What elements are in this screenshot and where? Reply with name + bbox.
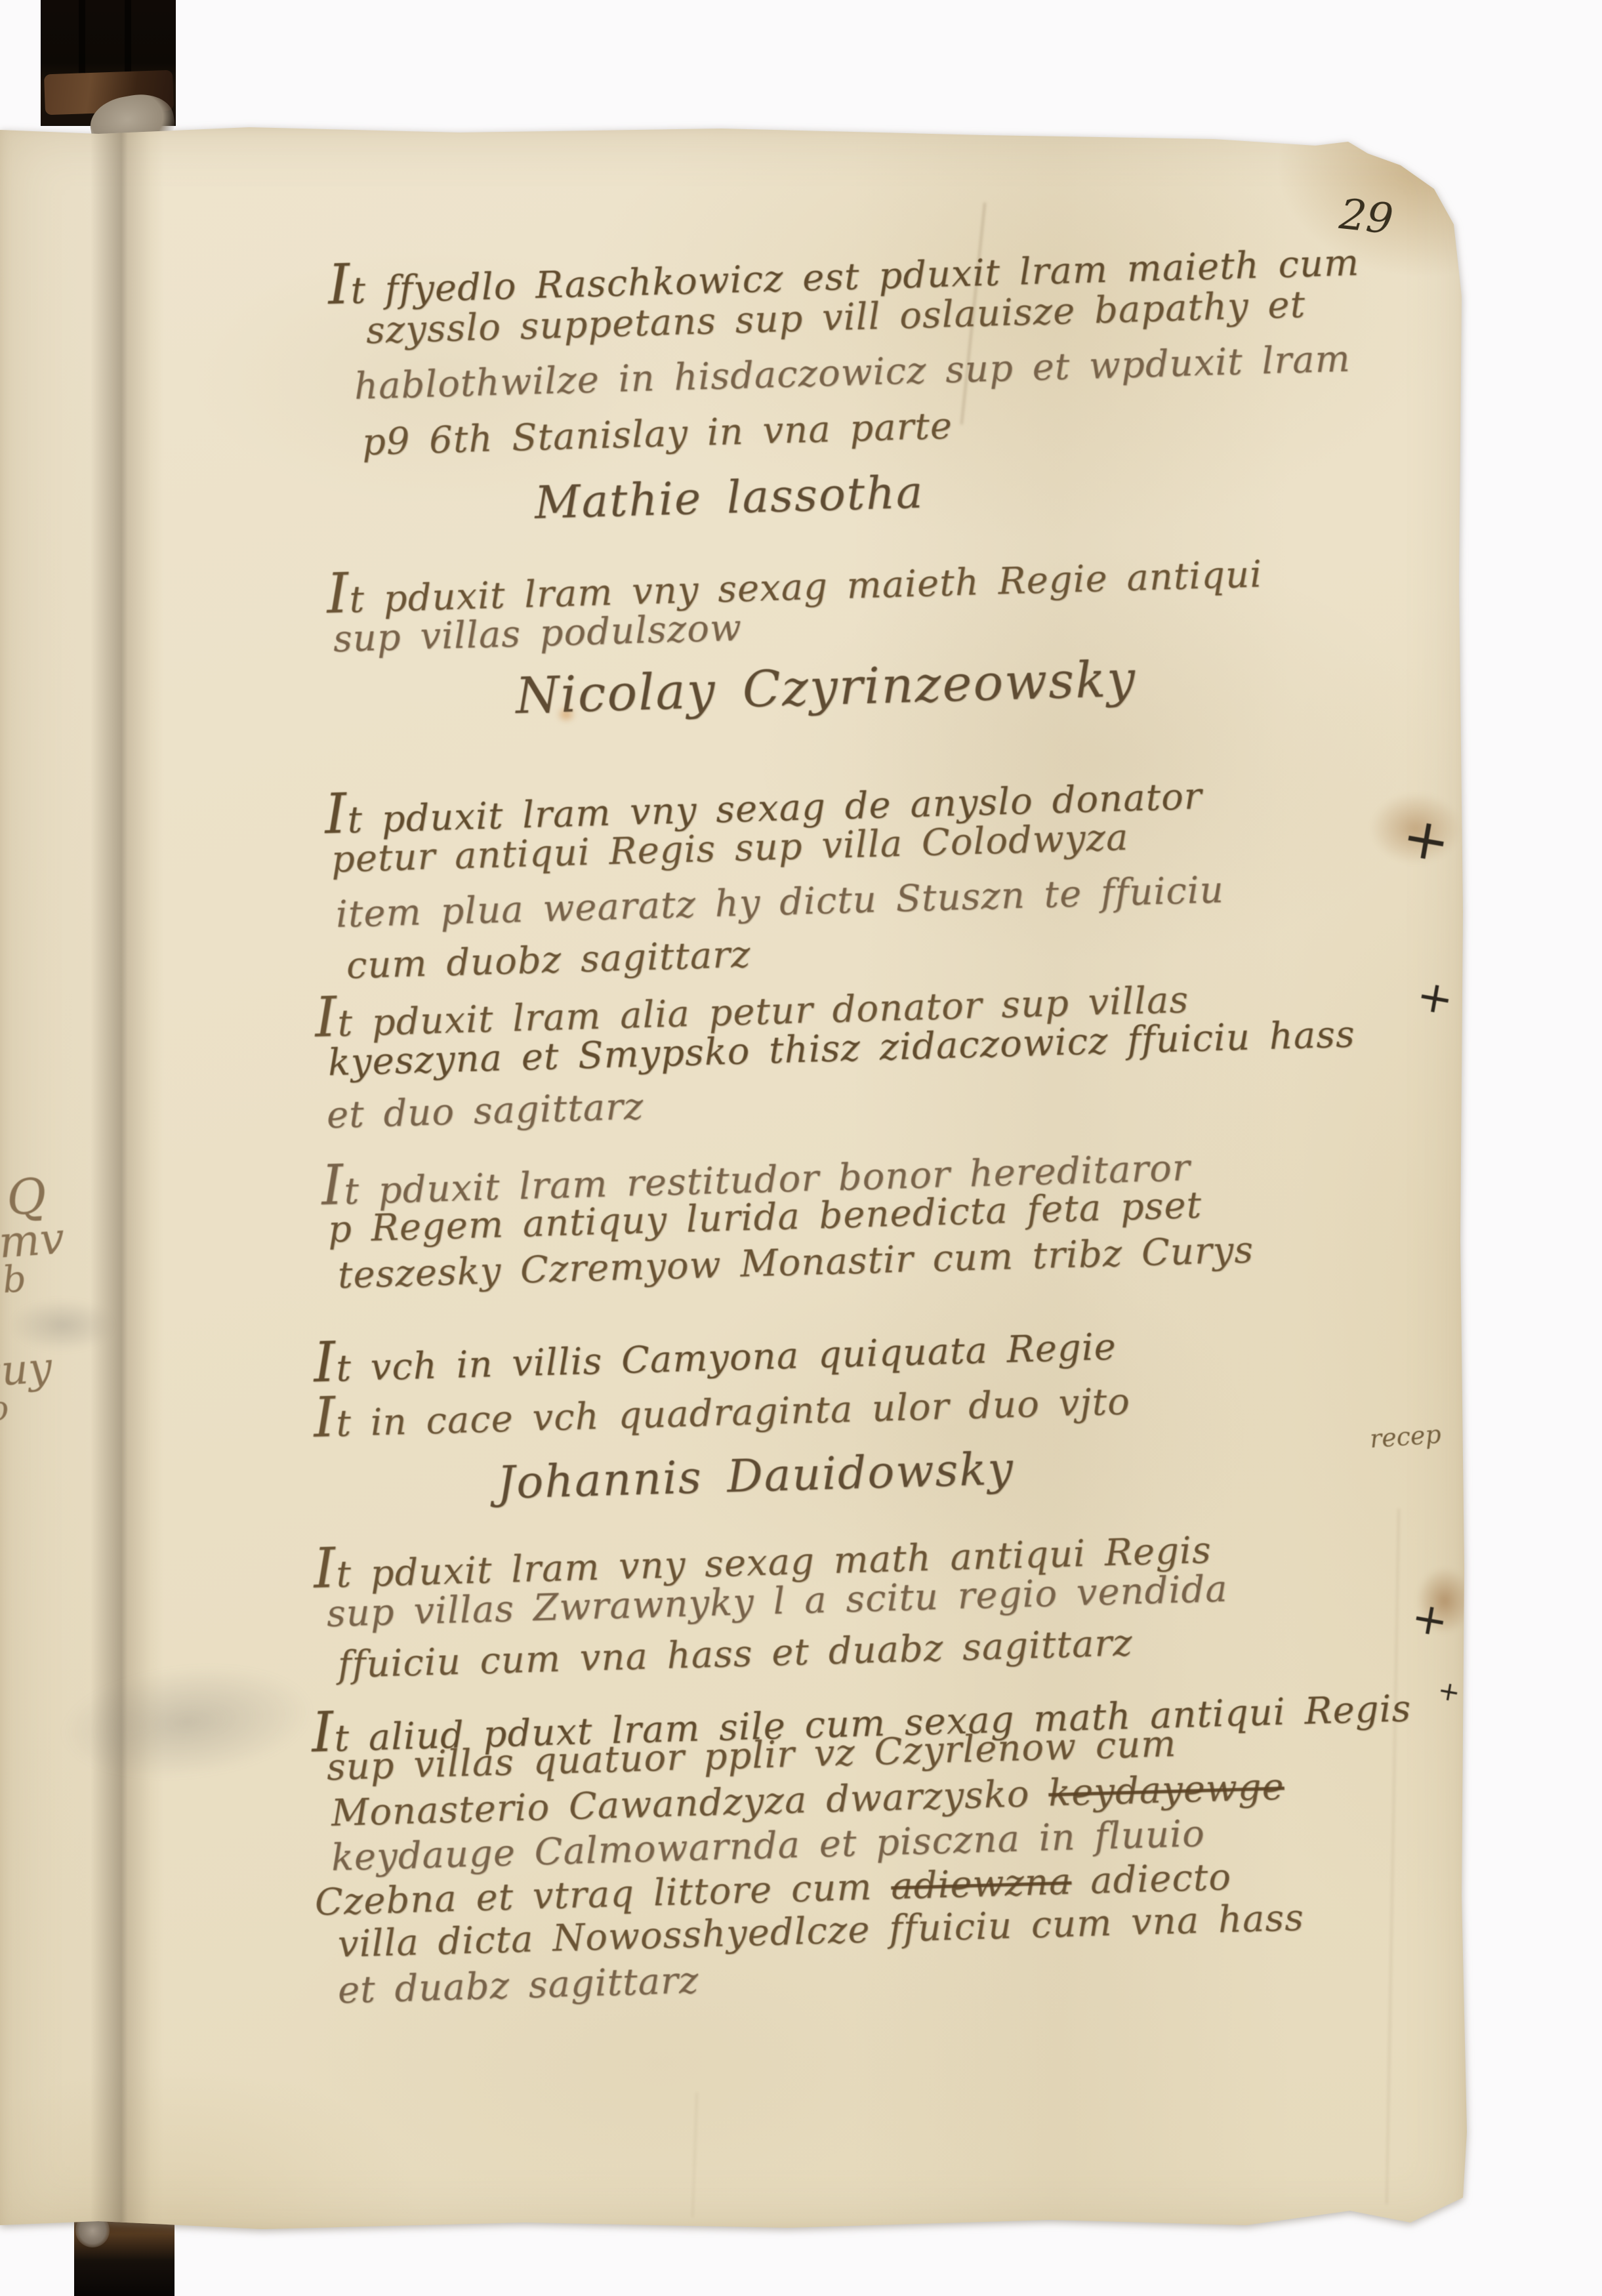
- manuscript-scan: 29 It ffyedlo Raschkowicz est pduxit lra…: [0, 0, 1602, 2296]
- pencil-smudge: [10, 1299, 115, 1351]
- line-segment: adiecto: [1071, 1856, 1231, 1903]
- book-binding-top: [41, 0, 176, 126]
- section-heading: Mathie lassotha: [534, 466, 925, 529]
- margin-note: recep: [1369, 1420, 1443, 1453]
- struck-word: keydayewge: [1048, 1765, 1284, 1814]
- ghost-letter: cuy: [0, 1343, 54, 1397]
- ghost-letter: b: [1, 1258, 28, 1302]
- manuscript-page: 29 It ffyedlo Raschkowicz est pduxit lra…: [0, 125, 1468, 2232]
- page-wrap: 29 It ffyedlo Raschkowicz est pduxit lra…: [0, 125, 1468, 2232]
- struck-word: adiewzna: [890, 1860, 1072, 1908]
- manuscript-line: et duo sagittarz: [326, 1086, 644, 1137]
